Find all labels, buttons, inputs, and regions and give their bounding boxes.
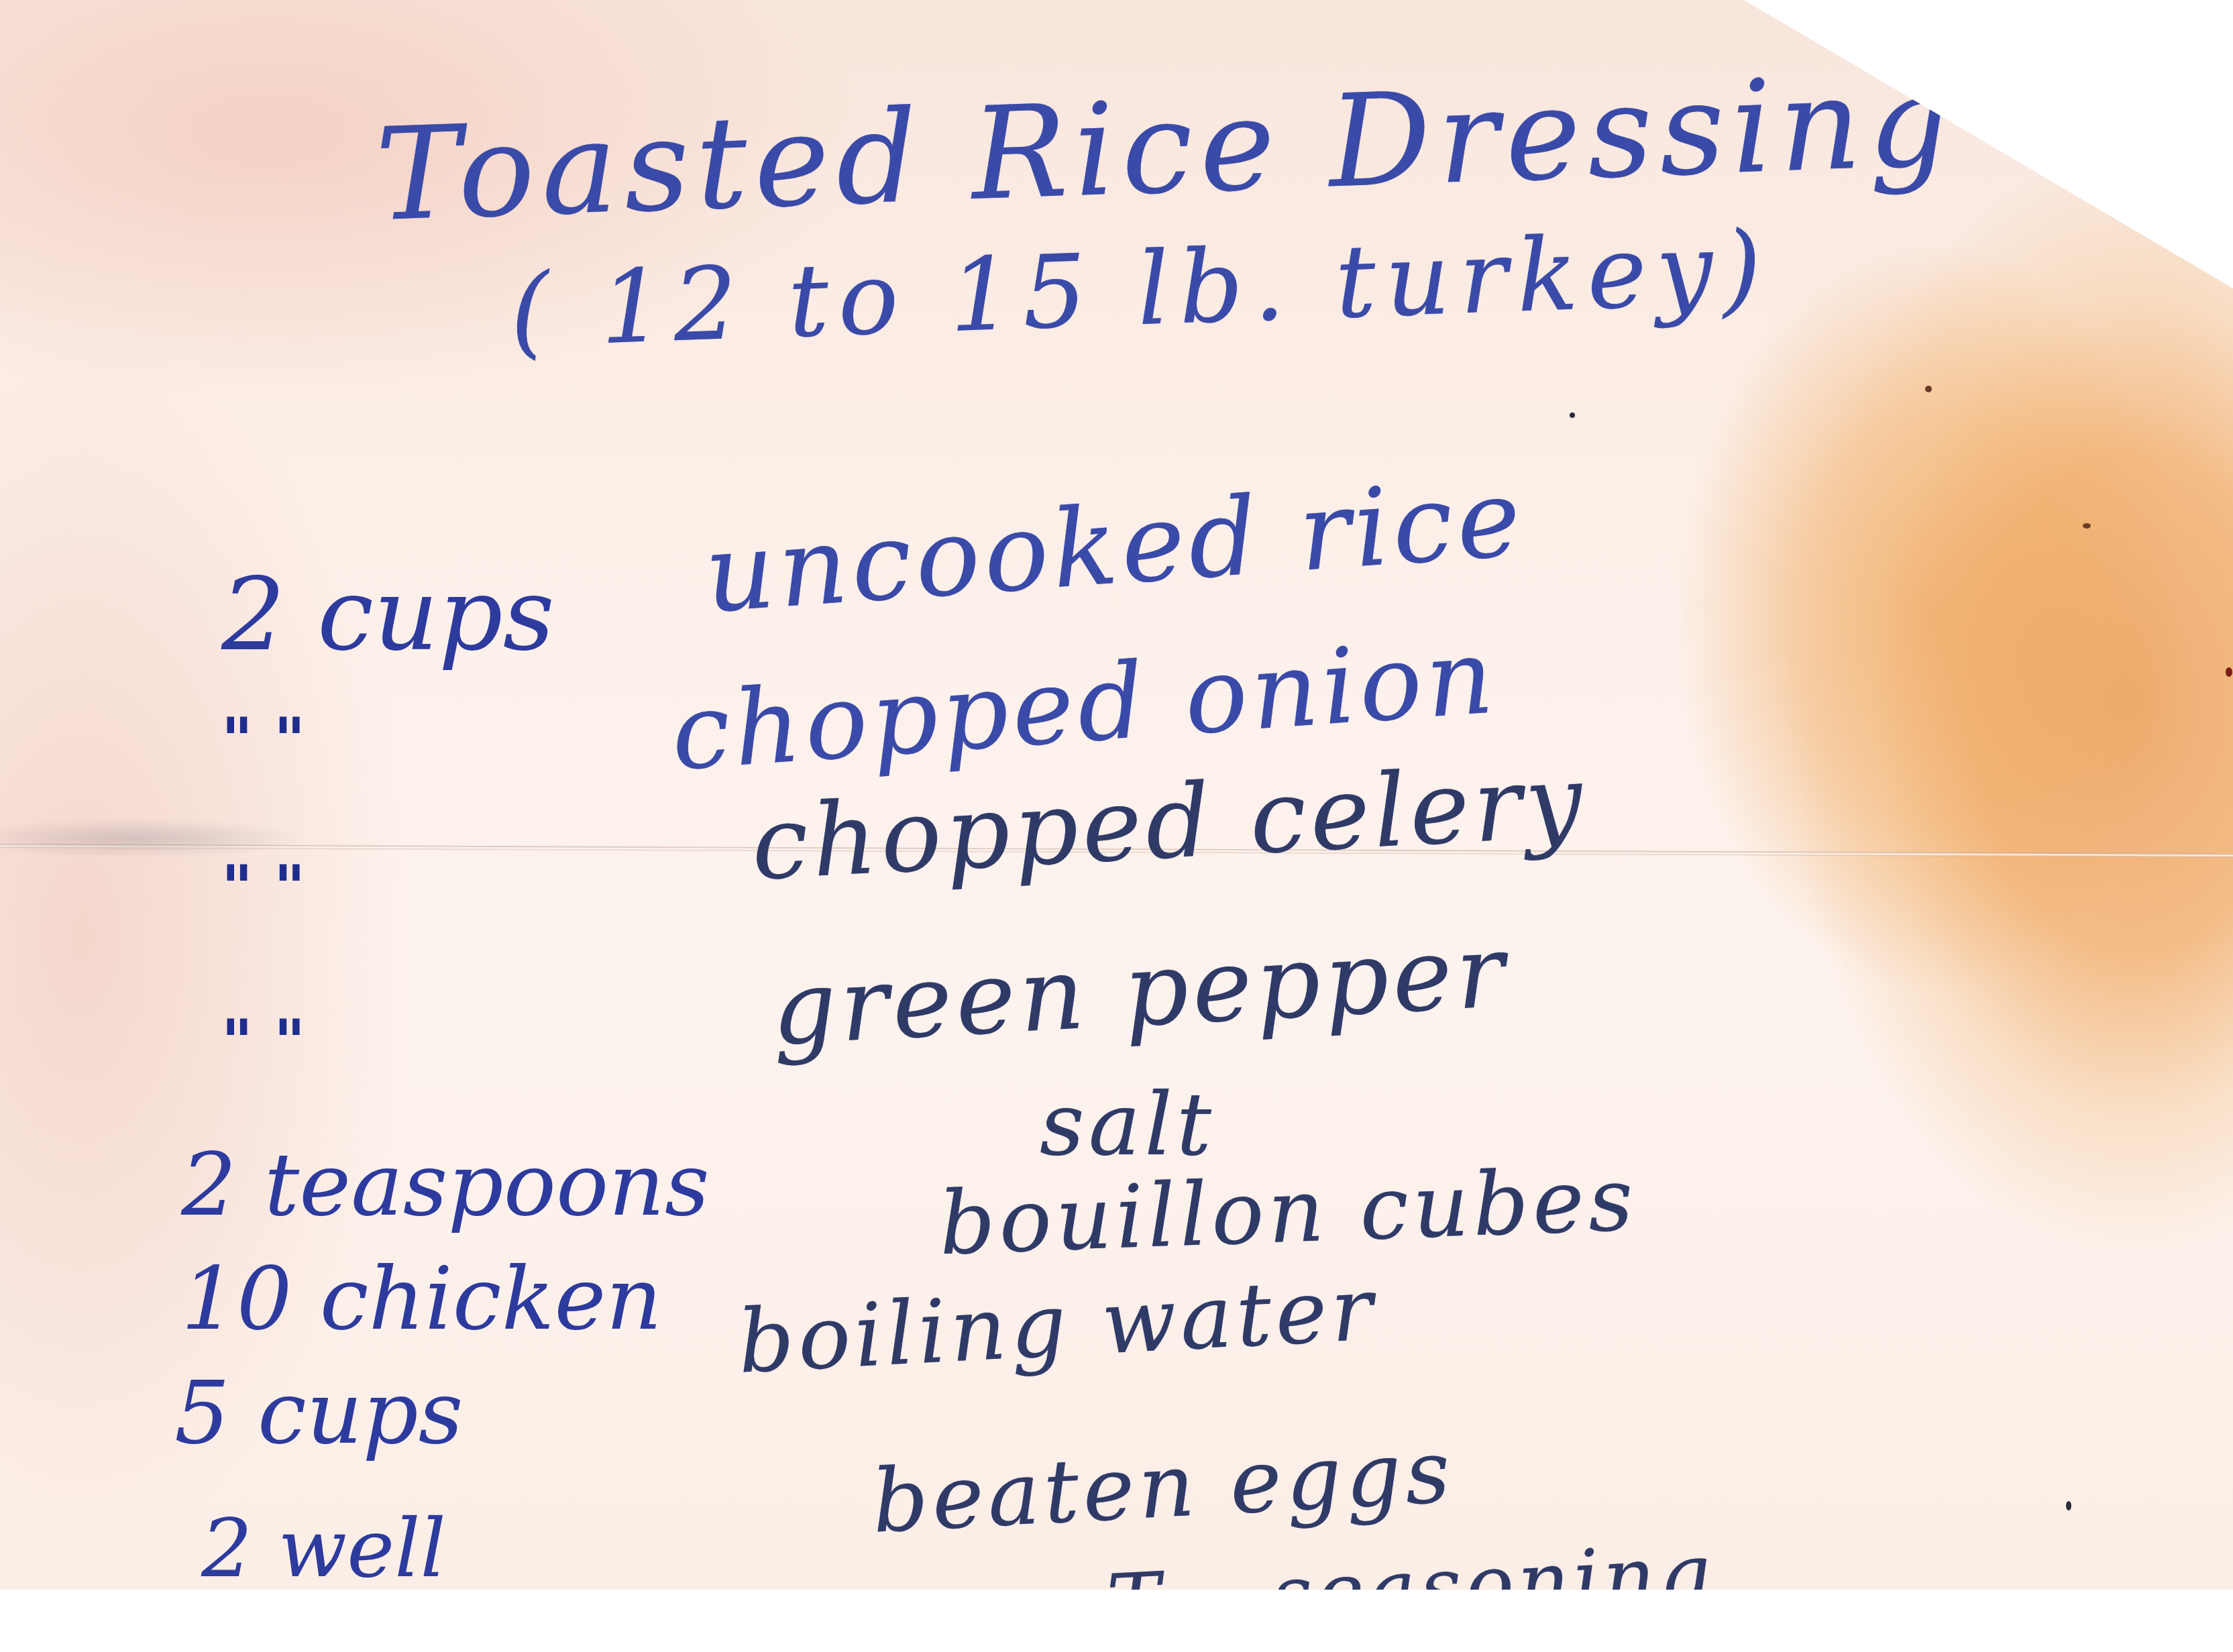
ditto-mark: " " xyxy=(221,1006,305,1077)
ditto-mark: " " xyxy=(221,852,305,923)
ink-speck xyxy=(2066,1501,2071,1510)
ingredient-item: green pepper xyxy=(769,913,1511,1068)
ingredient-item: beaten eggs xyxy=(870,1420,1457,1552)
ingredient-qty: 10 chicken xyxy=(181,1248,662,1350)
ingredient-item-partial: T... seasoning xyxy=(1105,1527,1717,1590)
ditto-mark: " " xyxy=(221,704,305,775)
stain-speck xyxy=(2226,667,2232,677)
ingredient-qty: 2 teaspoons xyxy=(181,1134,710,1235)
ingredient-qty: 2 cups xyxy=(221,557,555,673)
stain-speck xyxy=(1925,386,1932,392)
ingredient-item: boiling water xyxy=(736,1258,1379,1393)
stain-speck xyxy=(2083,523,2091,529)
ingredient-qty: 2 well xyxy=(201,1502,446,1590)
ingredient-qty: 5 cups xyxy=(174,1362,464,1464)
ingredient-item: salt xyxy=(1040,1073,1215,1175)
recipe-card: Toasted Rice Dressing ( 12 to 15 lb. tur… xyxy=(0,0,2233,1590)
ink-speck xyxy=(1570,412,1575,418)
ingredient-item: uncooked rice xyxy=(701,455,1528,637)
